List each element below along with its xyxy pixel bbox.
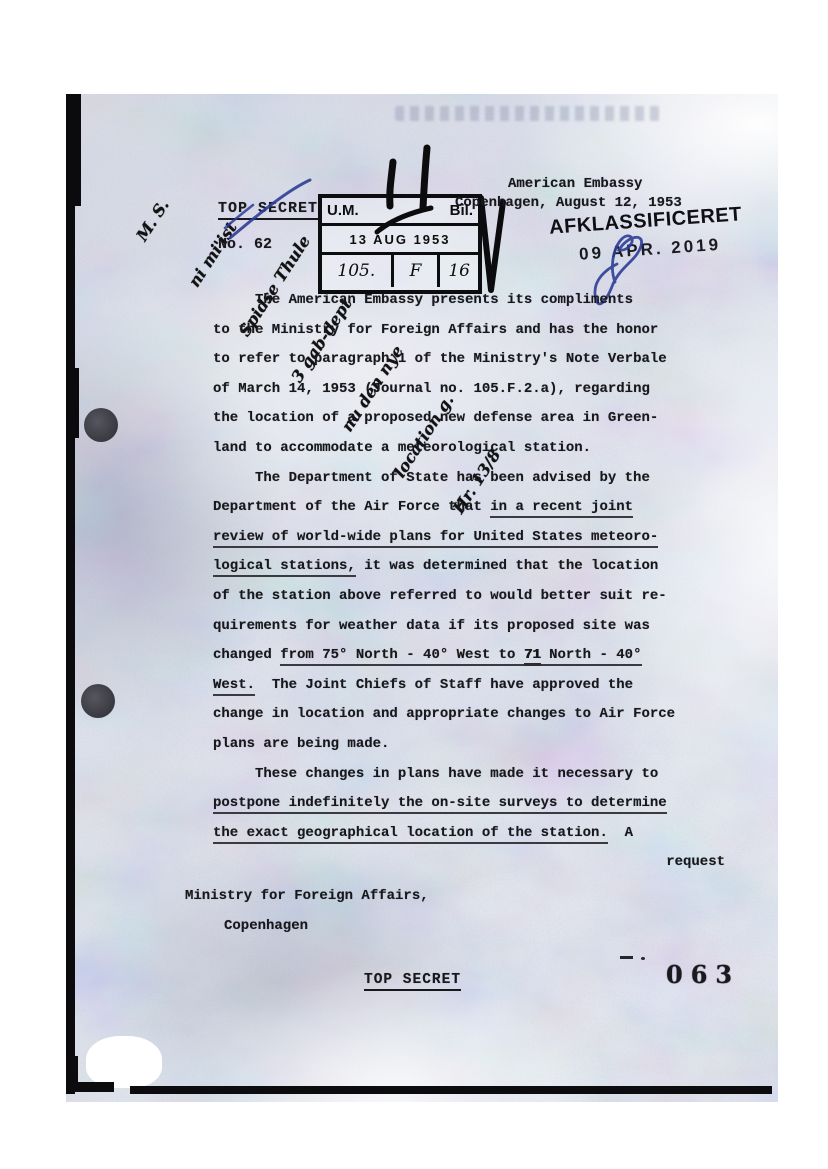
embassy-dateline: Copenhagen, August 12, 1953 — [455, 195, 682, 211]
body-line: the location of a proposed new defense a… — [213, 410, 725, 440]
embassy-name: American Embassy — [508, 176, 642, 192]
body-line: the exact geographical location of the s… — [213, 825, 725, 855]
top-classification: TOP SECRET — [218, 200, 318, 217]
bleedthrough-text — [395, 106, 660, 121]
body-line: to the Ministry for Foreign Affairs and … — [213, 322, 725, 352]
registry-journal-letter: F — [394, 255, 441, 287]
page-number-stamp: 063 — [666, 960, 740, 989]
addressee-city: Copenhagen — [224, 918, 308, 934]
body-catchword: request — [213, 854, 725, 884]
scan-left-edge — [66, 94, 75, 1094]
punch-hole-top — [84, 408, 118, 442]
body-line: West. The Joint Chiefs of Staff have app… — [213, 677, 725, 707]
body-line: These changes in plans have made it nece… — [213, 766, 725, 796]
scan-left-edge-top — [66, 94, 81, 206]
scan-bottom-notch — [86, 1036, 162, 1088]
body-line: plans are being made. — [213, 736, 725, 766]
pencil-dash-mark — [620, 956, 633, 959]
document-page: M. S. ni mi'ist Spidse Thule 3 gab-dept … — [0, 0, 828, 1169]
body-line: change in location and appropriate chang… — [213, 706, 725, 736]
registry-date-stamp: 13 AUG 1953 — [322, 226, 478, 255]
body-line: postpone indefinitely the on-site survey… — [213, 795, 725, 825]
body-line: review of world-wide plans for United St… — [213, 529, 725, 559]
body-line: land to accommodate a meteorological sta… — [213, 440, 725, 470]
body-line: logical stations, it was determined that… — [213, 558, 725, 588]
body-line: of the station above referred to would b… — [213, 588, 725, 618]
addressee-ministry: Ministry for Foreign Affairs, — [185, 888, 429, 904]
body-line: The Department of State has been advised… — [213, 470, 725, 500]
body-line: of March 14, 1953 (Journal no. 105.F.2.a… — [213, 381, 725, 411]
punch-hole-bottom — [81, 684, 115, 718]
pencil-dot-mark — [641, 957, 645, 960]
body-line: changed from 75° North - 40° West to 71 … — [213, 647, 725, 677]
registry-journal-number: 16 — [440, 255, 478, 287]
body-line: Department of the Air Force that in a re… — [213, 499, 725, 529]
scan-bottom-left-stub — [66, 1056, 78, 1092]
scan-left-edge-bump — [66, 368, 79, 438]
body-text: The American Embassy presents its compli… — [213, 292, 725, 884]
document-number: No. 62 — [218, 236, 272, 253]
scan-bottom-edge — [130, 1086, 772, 1094]
registry-org: U.M. — [327, 202, 359, 219]
registry-journal-group: 105. — [322, 255, 394, 287]
body-line: quirements for weather data if its propo… — [213, 618, 725, 648]
footer-classification: TOP SECRET — [364, 972, 461, 988]
body-line: to refer to paragraph 1 of the Ministry'… — [213, 351, 725, 381]
body-line: The American Embassy presents its compli… — [213, 292, 725, 322]
